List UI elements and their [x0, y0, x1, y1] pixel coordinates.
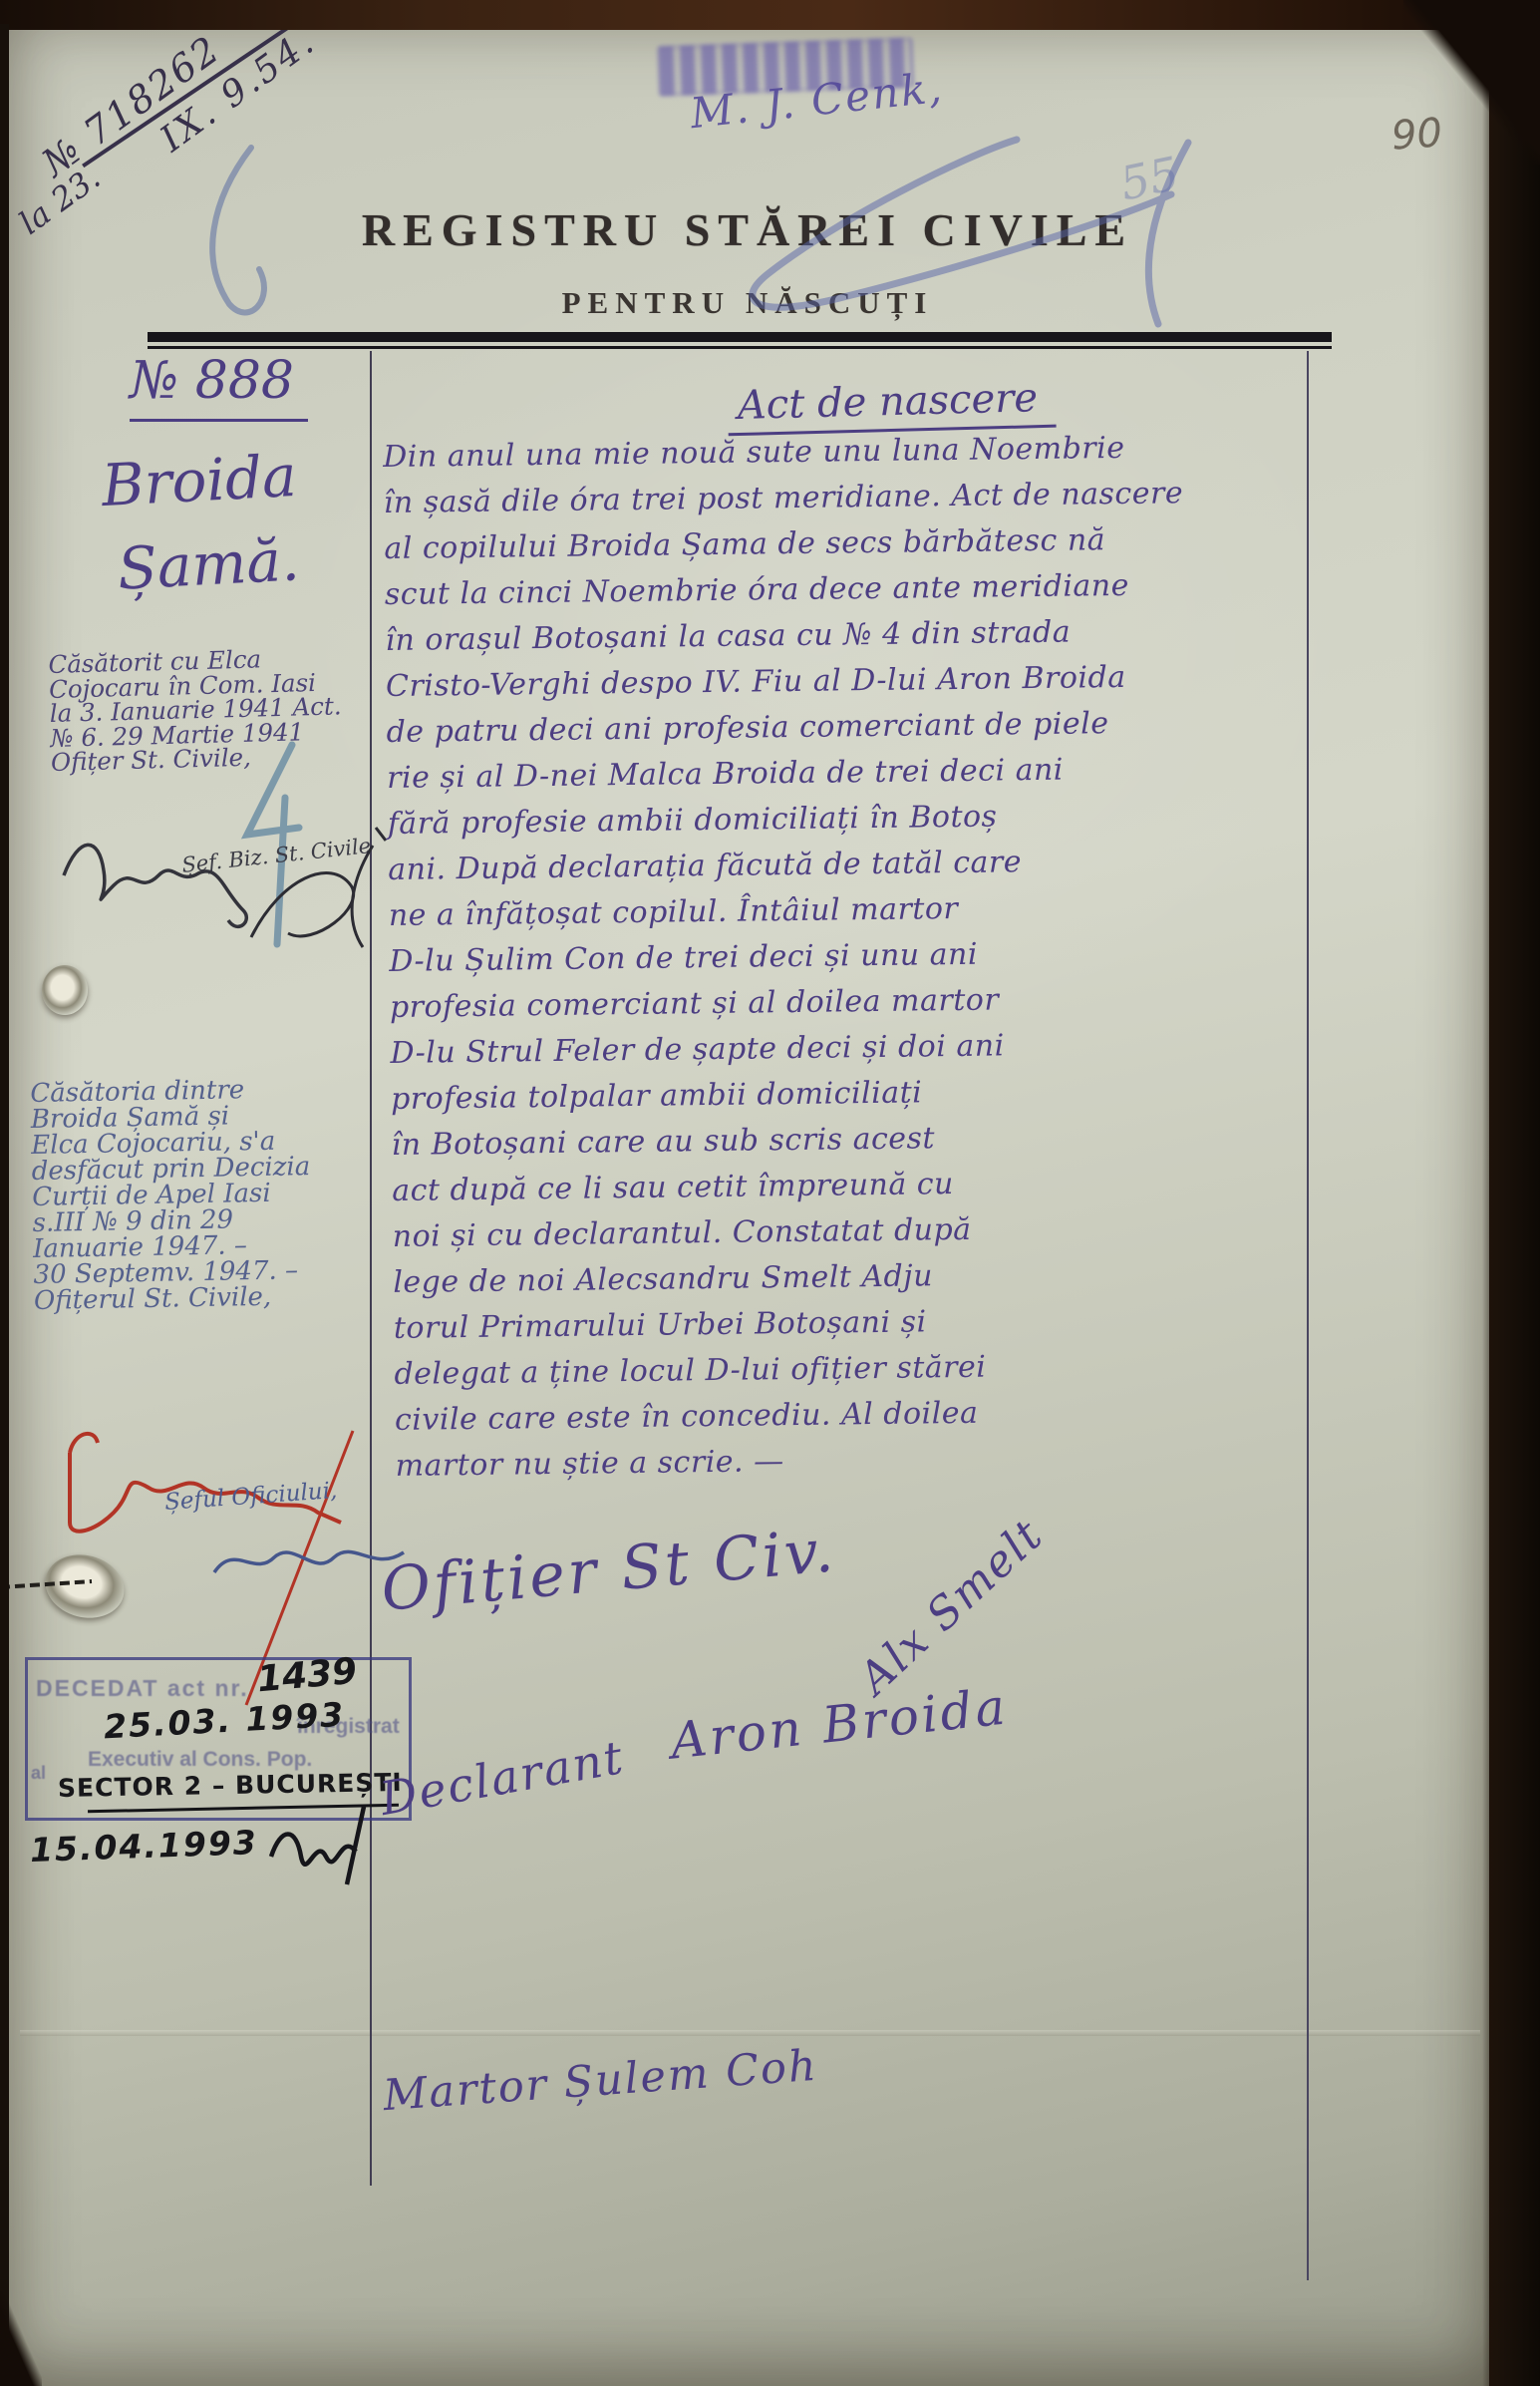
blue-pencil-loop — [189, 140, 289, 329]
divorce-margin-note: Căsătoria dintreBroida Șamă șiElca Cojoc… — [30, 1068, 313, 1306]
binding-hole — [42, 965, 88, 1015]
decedat-stamp-text: al — [31, 1763, 46, 1784]
text-line: Curții de Apel Iasi — [32, 1172, 311, 1202]
act-heading: Act de nascere — [727, 375, 1056, 437]
clerk-signature — [261, 1797, 386, 1891]
act-number: № 888 — [130, 351, 308, 422]
child-surname: Broida — [100, 442, 298, 519]
paper-crease — [20, 2030, 1480, 2036]
decedat-stamp-text: Executiv al Cons. Pop. — [88, 1748, 312, 1772]
photographed-register-page: № 718262 IX. 9.54. la 23. M. J. Cenk, RE… — [0, 0, 1540, 2386]
title-double-rule — [148, 332, 1332, 349]
binding-thread — [0, 1573, 100, 1598]
child-given-name: Șamă. — [116, 525, 301, 602]
table-edge-top — [0, 0, 1540, 30]
table-corner-top-right — [1403, 0, 1540, 165]
blue-pencil-flourish — [638, 125, 1216, 334]
death-act-number: 1439 — [255, 1651, 358, 1701]
death-date-below: 15.04.1993 — [29, 1823, 258, 1870]
table-corner-bottom-left — [0, 2291, 42, 2386]
table-edge-right — [1482, 0, 1540, 2386]
marriage-signatures — [52, 816, 396, 970]
margin-rule — [370, 351, 372, 2186]
text-line: Ofițerul St. Civile, — [34, 1275, 313, 1306]
marriage-margin-note: Căsătorit cu ElcaCojocaru în Com. Iasila… — [48, 638, 343, 768]
decedat-stamp-text: DECEDAT act nr. — [36, 1675, 249, 1702]
act-body-text: Din anul una mie nouă sute unu luna Noem… — [383, 428, 1338, 1494]
table-edge-left — [0, 24, 9, 2386]
